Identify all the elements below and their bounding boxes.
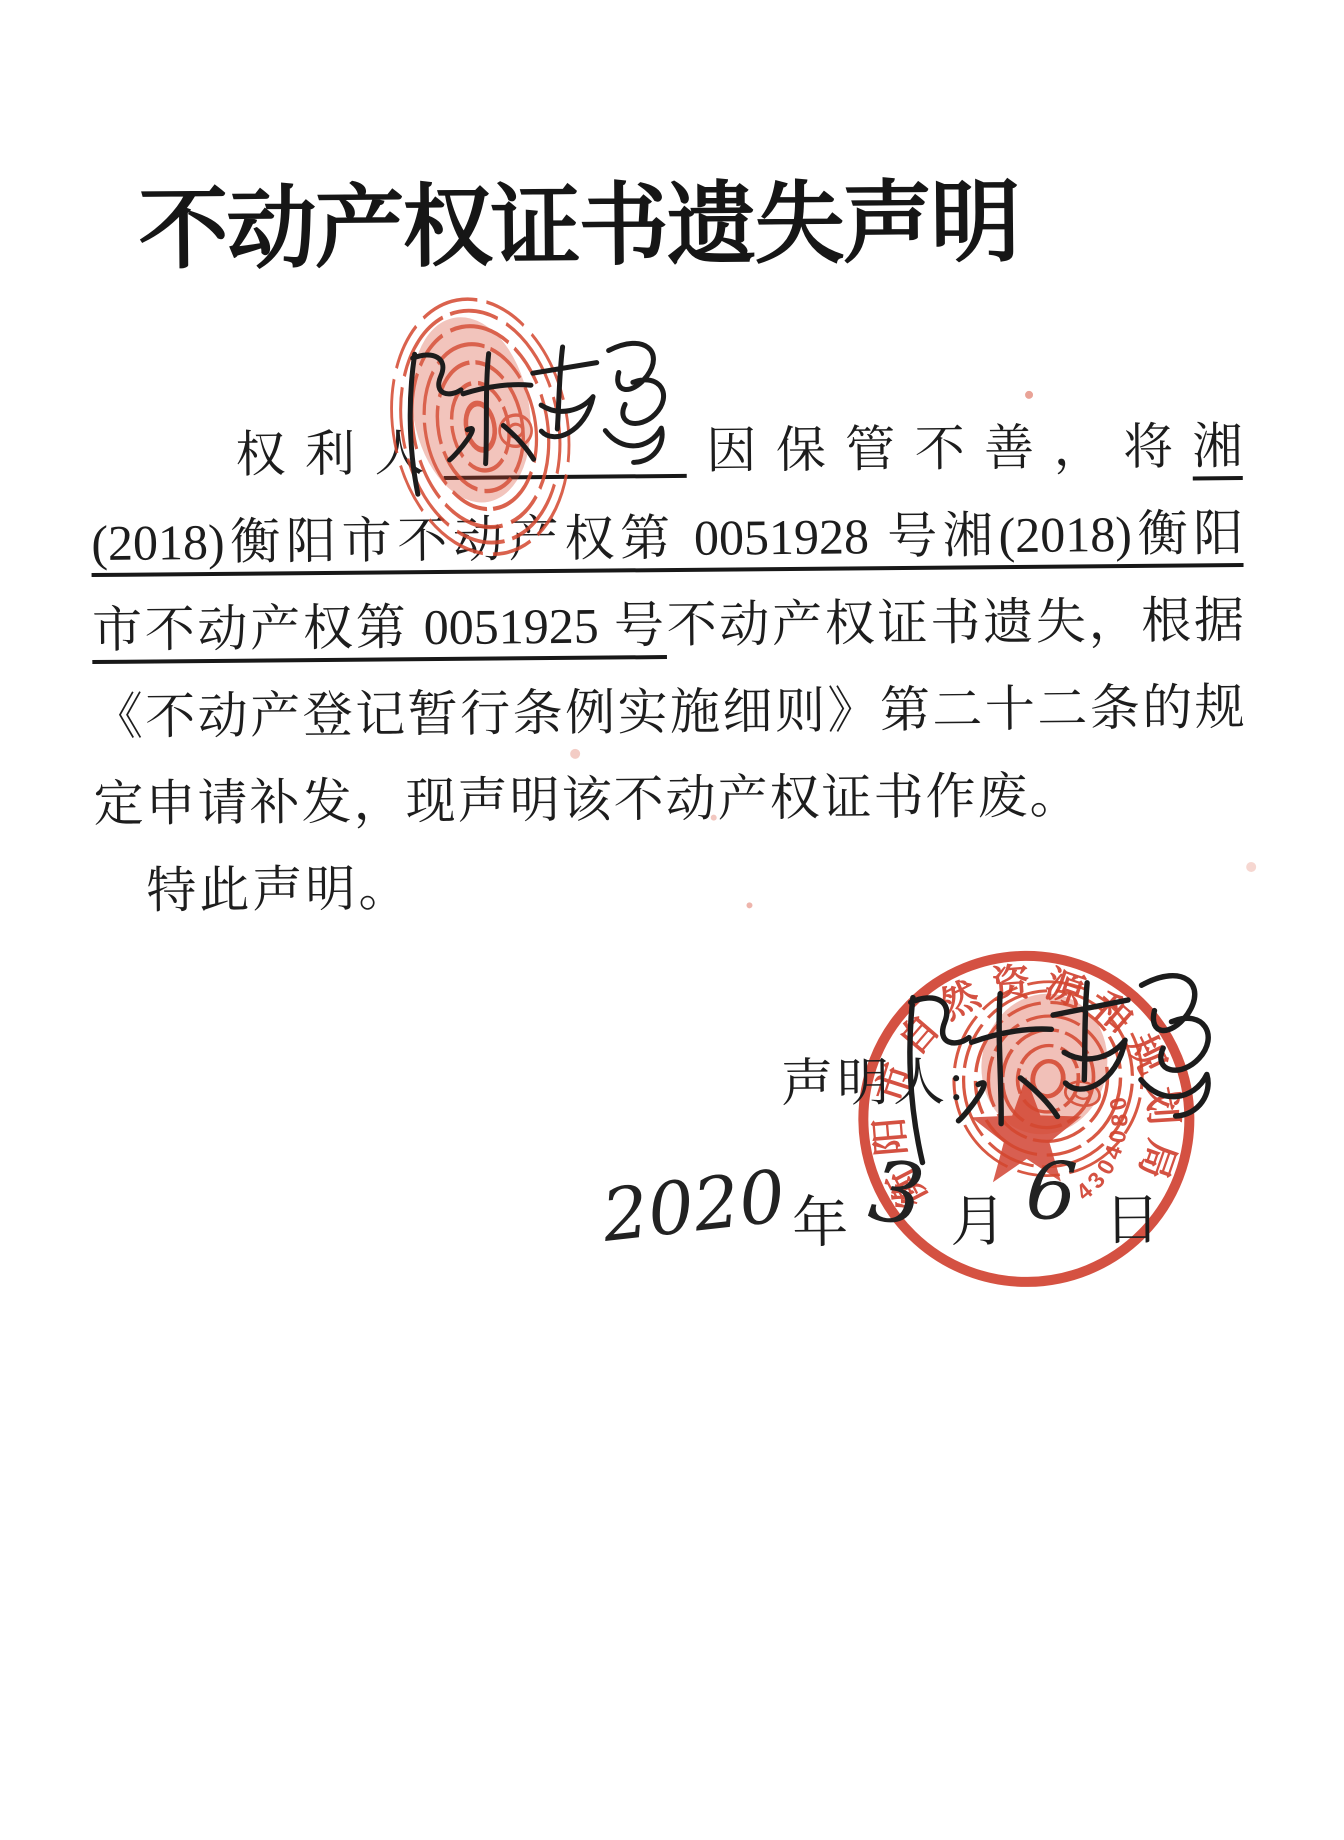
- day-label: 日: [1104, 1176, 1161, 1256]
- year-label: 年: [792, 1178, 849, 1258]
- body-line-3: 市不动产权第 0051925 号不动产权证书遗失，根据: [92, 577, 1245, 674]
- scanned-document-page: 不动产权证书遗失声明 权利人因保管不善，将湘 (2018)衡阳市不动产权第 00…: [0, 0, 1344, 1840]
- handwritten-month: 3: [864, 1141, 930, 1245]
- body-line-1: 权利人因保管不善，将湘: [90, 403, 1243, 500]
- certificate-number-1-text: (2018)衡阳市不动产权第 0051928 号湘(2018)衡阳: [91, 505, 1243, 571]
- document-title: 不动产权证书遗失声明: [133, 149, 1024, 287]
- body-line-6: 特此声明。: [94, 838, 1247, 935]
- closing-statement-text: 特此声明。: [146, 860, 411, 918]
- body-line-4: 《不动产登记暂行条例实施细则》第二十二条的规: [92, 664, 1245, 761]
- body-line-5: 定申请补发，现声明该不动产权证书作废。: [93, 751, 1246, 848]
- month-label: 月: [950, 1177, 1007, 1257]
- owner-label: 权利人: [235, 425, 444, 483]
- regulation-reference-text: 《不动产登记暂行条例实施细则》第二十二条的规: [93, 679, 1245, 745]
- line1-tail-underlined: 湘: [1192, 418, 1242, 474]
- declarant-label: 声明人:: [781, 1039, 968, 1116]
- document-sheet: 不动产权证书遗失声明 权利人因保管不善，将湘 (2018)衡阳市不动产权第 00…: [0, 0, 1344, 1840]
- handwritten-year: 2020: [598, 1154, 790, 1258]
- owner-name-blank-underline: [444, 424, 687, 480]
- void-statement-text: 定申请补发，现声明该不动产权证书作废。: [93, 767, 1081, 832]
- body-line-2: (2018)衡阳市不动产权第 0051928 号湘(2018)衡阳: [91, 490, 1244, 587]
- line1-after-text: 因保管不善，将: [687, 418, 1193, 478]
- certificate-number-2-text: 市不动产权第 0051925 号: [92, 597, 667, 658]
- declaration-body: 权利人因保管不善，将湘 (2018)衡阳市不动产权第 0051928 号湘(20…: [90, 403, 1247, 935]
- handwritten-day: 6: [1023, 1143, 1079, 1239]
- line3-rest-text: 不动产权证书遗失，根据: [666, 592, 1244, 653]
